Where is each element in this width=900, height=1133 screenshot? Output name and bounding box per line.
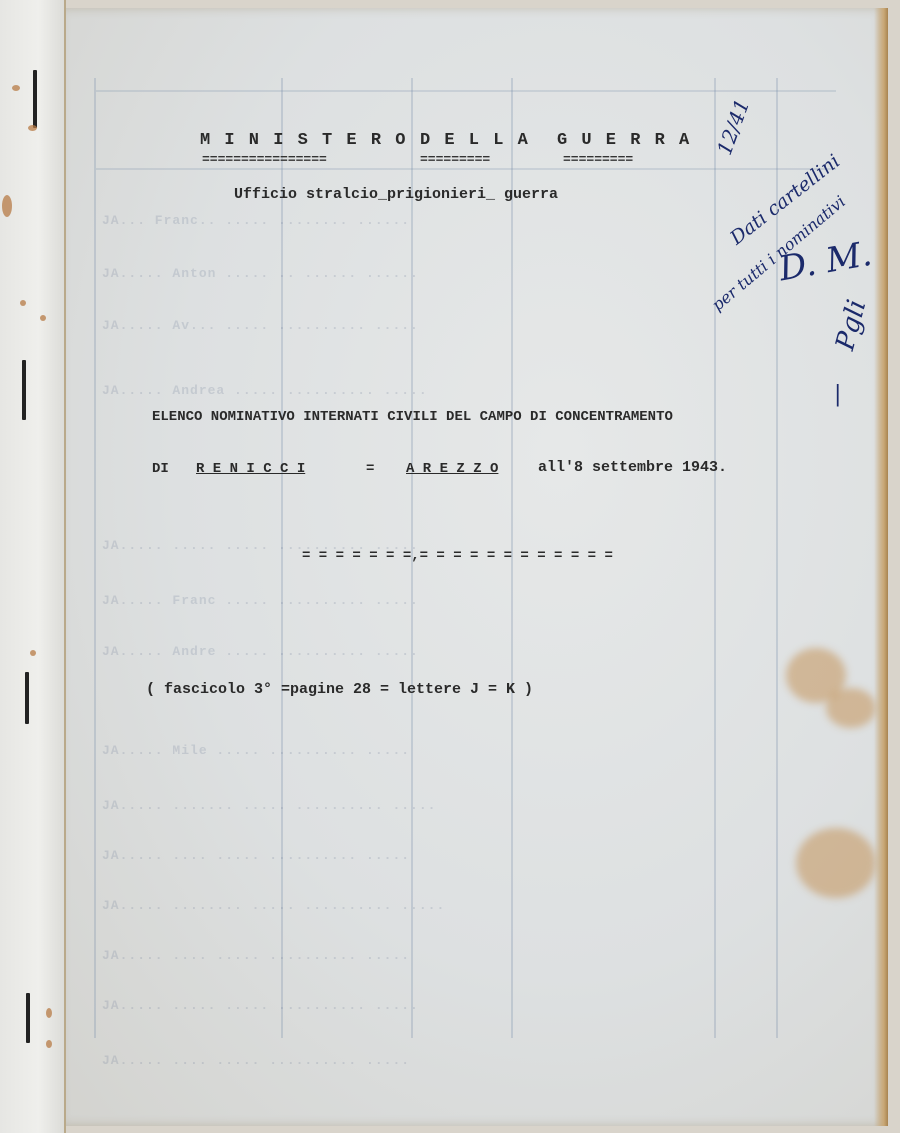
rust-spot [28, 125, 37, 131]
ghost-column-line [94, 78, 96, 1038]
rust-spot [2, 195, 12, 217]
place-arezzo: A R E Z Z O [406, 461, 498, 477]
list-title-line1: ELENCO NOMINATIVO INTERNATI CIVILI DEL C… [152, 409, 673, 425]
ghost-text: JA..... ........ ..... .......... ..... [102, 898, 842, 912]
ghost-text: JA..... Andre ..... .......... ..... [102, 644, 842, 658]
staple [22, 360, 26, 420]
ghost-text: JA..... Andrea ..... .......... ..... [102, 383, 842, 397]
rust-spot [30, 650, 36, 656]
header-della: D E L L A [420, 131, 530, 150]
binding-strip [0, 0, 66, 1133]
rust-spot [12, 85, 20, 91]
fascicolo-line: ( fascicolo 3° =pagine 28 = lettere J = … [146, 681, 533, 698]
water-stain [826, 688, 876, 728]
ghost-row-line [96, 90, 836, 92]
ghost-text: JA..... ....... ..... .......... ..... [102, 798, 842, 812]
ghost-text: JA..... Franc ..... .......... ..... [102, 593, 842, 607]
header-guerra: G U E R R A [557, 131, 691, 150]
place-separator: = [366, 461, 374, 477]
ghost-text: JA..... Mile ..... .......... ..... [102, 743, 842, 757]
rust-spot [46, 1008, 52, 1018]
ghost-text: JA..... .... ..... .......... ..... [102, 1053, 842, 1067]
water-stain [796, 828, 876, 898]
staple [26, 993, 30, 1043]
page-edge [874, 8, 888, 1126]
ghost-text: JA... Franc.. ..... ........ ...... [102, 213, 842, 227]
handwritten-mark: | [834, 382, 841, 407]
header-underline: ================ [202, 152, 327, 167]
section-divider: = = = = = = =,= = = = = = = = = = = = [302, 548, 613, 564]
list-title-line2-prefix: DI [152, 461, 169, 477]
document-page: JA... Franc.. ..... ........ ...... JA..… [66, 8, 888, 1126]
staple [25, 672, 29, 724]
ghost-row-line [96, 168, 836, 170]
date-text: all'8 settembre 1943. [538, 459, 727, 476]
ghost-text: JA..... Av... ..... .......... ..... [102, 318, 842, 332]
header-underline: ========= [420, 152, 490, 167]
office-subtitle: Ufficio stralcio_prigionieri_ guerra [234, 186, 558, 203]
place-renicci: R E N I C C I [196, 461, 305, 477]
header-ministero: M I N I S T E R O [200, 131, 407, 150]
header-underline: ========= [563, 152, 633, 167]
rust-spot [46, 1040, 52, 1048]
ghost-text: JA..... .... ..... .......... ..... [102, 848, 842, 862]
staple [33, 70, 37, 128]
rust-spot [20, 300, 26, 306]
ghost-text: JA..... ..... ..... .......... ..... [102, 998, 842, 1012]
ghost-text: JA..... .... ..... .......... ..... [102, 948, 842, 962]
ghost-text: JA..... Anton ..... .. ...... ...... [102, 266, 842, 280]
rust-spot [40, 315, 46, 321]
